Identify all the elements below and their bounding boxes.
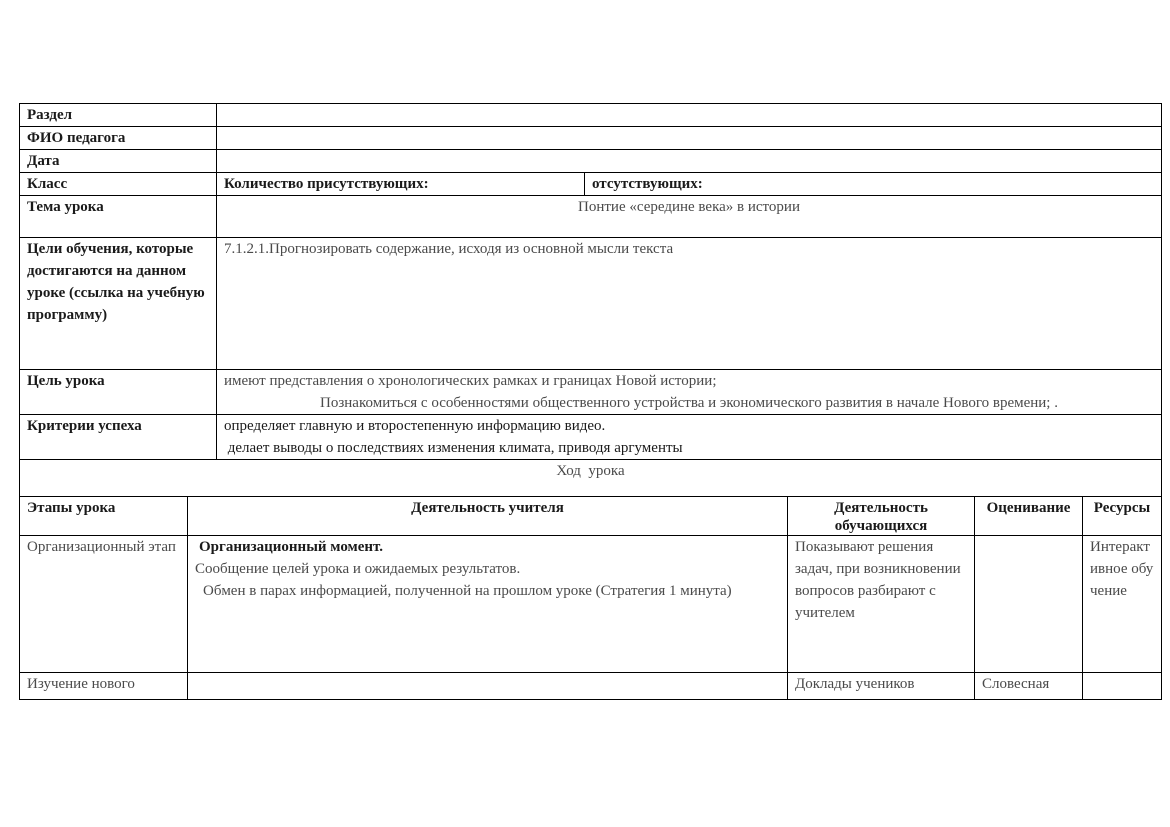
date-label: Дата	[20, 150, 217, 173]
row-goal: Цель урока имеют представления о хроноло…	[20, 370, 1162, 415]
col-header-stages: Этапы урока	[20, 497, 188, 536]
col-header-teacher: Деятельность учителя	[188, 497, 788, 536]
col-header-students: Деятельность обучающихся	[788, 497, 975, 536]
objectives-label: Цели обучения, которые достигаются на да…	[20, 238, 217, 370]
row-razdel: Раздел	[20, 104, 1162, 127]
razdel-value[interactable]	[217, 104, 1162, 127]
stage-cell: Организационный этап	[20, 536, 188, 673]
goal-value: имеют представления о хронологических ра…	[217, 370, 1162, 415]
teacher-activity-title: Организационный момент.	[195, 536, 780, 558]
row-criteria: Критерии успеха определяет главную и вто…	[20, 415, 1162, 460]
row-date: Дата	[20, 150, 1162, 173]
fio-label: ФИО педагога	[20, 127, 217, 150]
teacher-activity-line-1: Сообщение целей урока и ожидаемых резуль…	[195, 558, 780, 580]
teacher-activity-cell	[188, 673, 788, 700]
topic-value: Понтие «середине века» в истории	[217, 196, 1162, 238]
course-heading: Ход урока	[20, 460, 1162, 497]
goal-label: Цель урока	[20, 370, 217, 415]
teacher-activity-cell: Организационный момент. Сообщение целей …	[188, 536, 788, 673]
col-header-assessment: Оценивание	[975, 497, 1083, 536]
lesson-header-table: Раздел ФИО педагога Дата Класс Количеств…	[19, 103, 1162, 497]
table-row: Организационный этап Организационный мом…	[20, 536, 1162, 673]
stage-cell: Изучение нового	[20, 673, 188, 700]
col-header-resources: Ресурсы	[1083, 497, 1162, 536]
assessment-cell: Словесная	[975, 673, 1083, 700]
fio-value[interactable]	[217, 127, 1162, 150]
teacher-activity-line-2: Обмен в парах информацией, полученной на…	[195, 580, 780, 602]
lesson-stages-table: Этапы урока Деятельность учителя Деятель…	[19, 496, 1162, 700]
criteria-label: Критерии успеха	[20, 415, 217, 460]
row-objectives: Цели обучения, которые достигаются на да…	[20, 238, 1162, 370]
topic-label: Тема урока	[20, 196, 217, 238]
goal-line-2: Познакомиться с особенностями общественн…	[224, 392, 1154, 414]
row-class: Класс Количество присутствующих: отсутст…	[20, 173, 1162, 196]
assessment-cell	[975, 536, 1083, 673]
table-row: Изучение нового Доклады учеников Словесн…	[20, 673, 1162, 700]
row-fio: ФИО педагога	[20, 127, 1162, 150]
goal-line-1: имеют представления о хронологических ра…	[224, 370, 1154, 392]
students-activity-cell: Показывают решения задач, при возникнове…	[788, 536, 975, 673]
resources-cell: Интерактивное обучение	[1083, 536, 1162, 673]
row-course-heading: Ход урока	[20, 460, 1162, 497]
class-label: Класс	[20, 173, 217, 196]
criteria-line-1: определяет главную и второстепенную инфо…	[224, 415, 1154, 437]
students-activity-cell: Доклады учеников	[788, 673, 975, 700]
lesson-plan-document: Раздел ФИО педагога Дата Класс Количеств…	[19, 103, 1162, 700]
criteria-line-2: делает выводы о последствиях изменения к…	[224, 437, 1154, 459]
stages-header-row: Этапы урока Деятельность учителя Деятель…	[20, 497, 1162, 536]
razdel-label: Раздел	[20, 104, 217, 127]
row-topic: Тема урока Понтие «середине века» в исто…	[20, 196, 1162, 238]
present-count-label: Количество присутствующих:	[217, 173, 585, 196]
date-value[interactable]	[217, 150, 1162, 173]
absent-count-label: отсутствующих:	[585, 173, 1162, 196]
resources-cell	[1083, 673, 1162, 700]
criteria-value: определяет главную и второстепенную инфо…	[217, 415, 1162, 460]
objectives-value: 7.1.2.1.Прогнозировать содержание, исход…	[217, 238, 1162, 370]
